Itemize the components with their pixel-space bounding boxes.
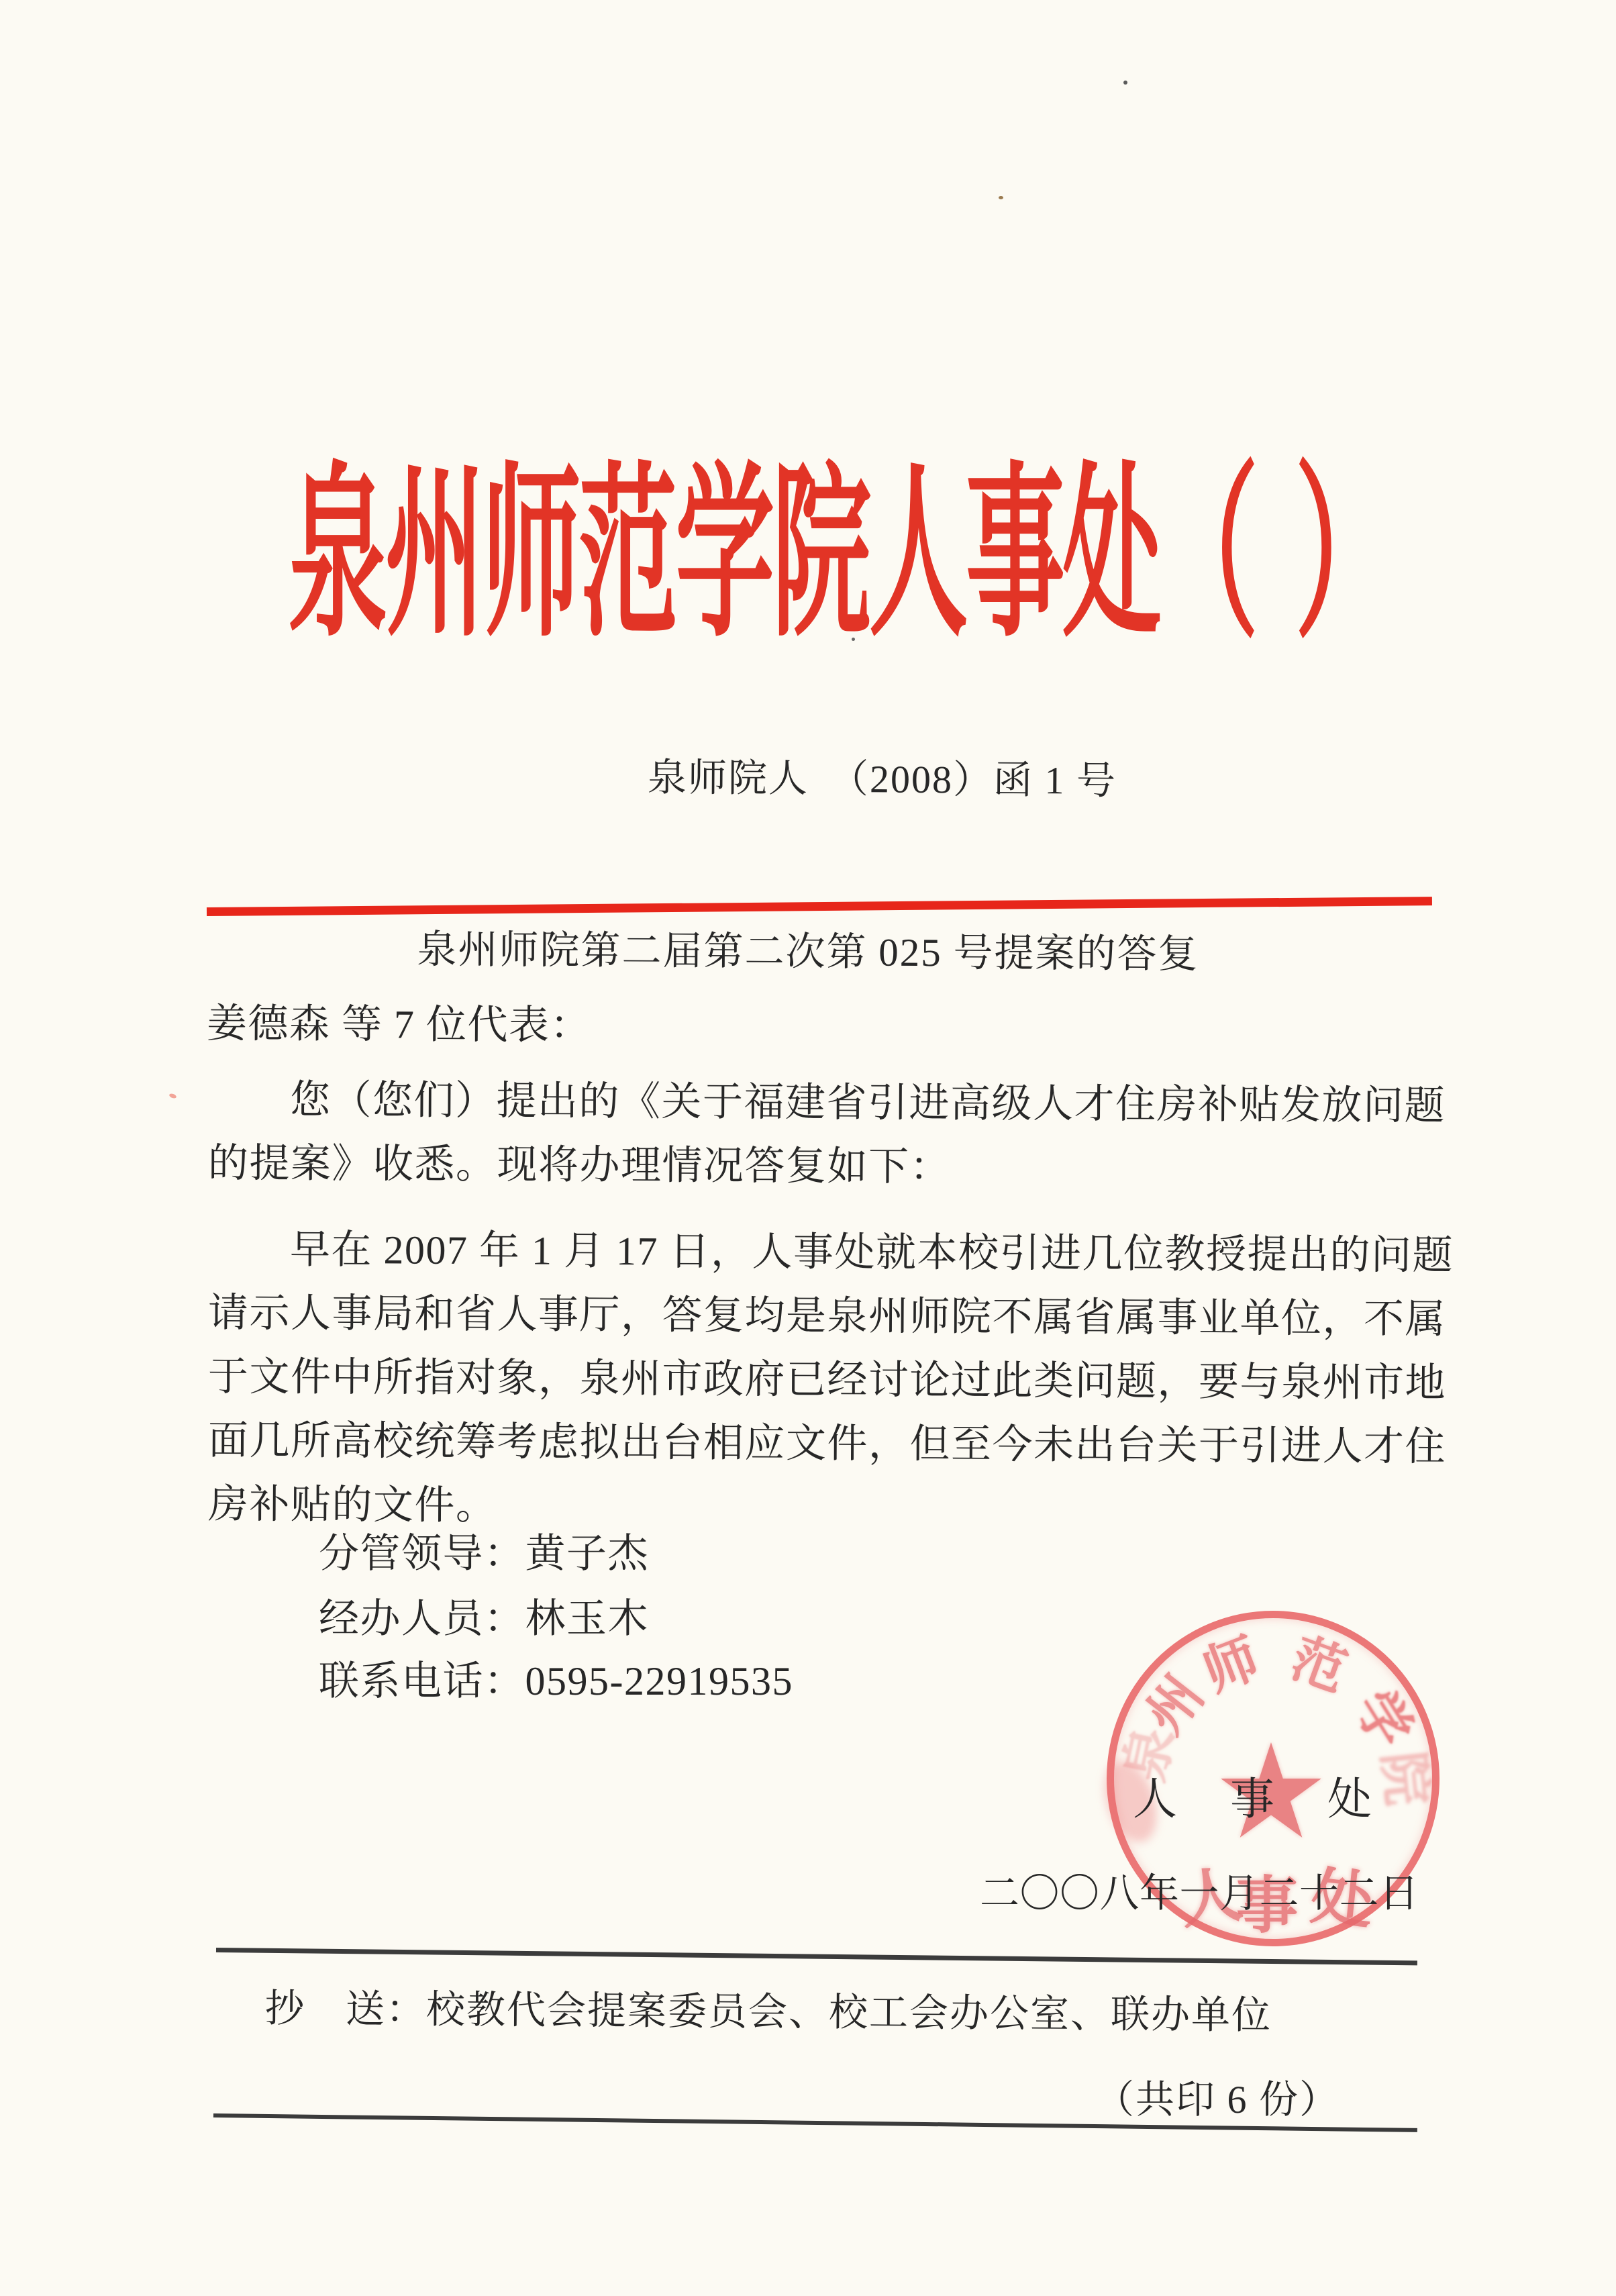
scanned-document-page: 泉州师范学院人事处（） 泉师院人 （2008）函 1 号 泉州师院第二届第二次第…	[0, 0, 1616, 2296]
banner-paren-open: （	[1159, 452, 1256, 659]
banner-paren-close: ）	[1295, 452, 1392, 659]
red-divider-rule	[207, 897, 1432, 916]
document-date: 二〇〇八年一月二十二日	[980, 1870, 1419, 1917]
cc-line: 抄 送：校教代会提案委员会、校工会办公室、联办单位	[265, 1985, 1272, 2039]
body-line: 请示人事局和省人事厅，答复均是泉州师院不属省属事业单位，不属	[208, 1289, 1450, 1343]
footer-top-rule	[216, 1948, 1417, 1965]
body-line: 您（您们）提出的《关于福建省引进高级人才住房补贴发放问题	[208, 1076, 1531, 1130]
body-line: 的提案》收悉。现将办理情况答复如下：	[208, 1140, 1450, 1193]
scan-speck	[1123, 81, 1127, 85]
phone-line: 联系电话：0595-22919535	[319, 1658, 793, 1705]
banner-title-text: 泉州师范学院人事处	[289, 452, 1159, 659]
scan-speck	[999, 196, 1003, 199]
reply-heading: 泉州师院第二届第二次第 025 号提案的答复	[0, 924, 1616, 981]
document-number: 泉师院人 （2008）函 1 号	[648, 756, 1117, 803]
body-line: 早在 2007 年 1 月 17 日，人事处就本校引进几位教授提出的问题	[208, 1226, 1531, 1279]
body-line: 于文件中所指对象，泉州市政府已经讨论过此类问题，要与泉州市地	[208, 1353, 1450, 1407]
supervisor-line: 分管领导：黄子杰	[319, 1530, 649, 1577]
body-line: 房补贴的文件。	[208, 1481, 1450, 1534]
scan-speck	[168, 1093, 176, 1099]
copies-count: （共印 6 份）	[1095, 2077, 1340, 2124]
banner-title: 泉州师范学院人事处（）	[289, 458, 1392, 653]
department-signature: 人事处	[1133, 1773, 1425, 1827]
body-line: 面几所高校统筹考虑拟出台相应文件，但至今未出台关于引进人才住	[208, 1417, 1450, 1470]
scan-speck	[852, 638, 855, 641]
handler-line: 经办人员：林玉木	[319, 1595, 649, 1642]
salutation: 姜德森 等 7 位代表：	[207, 1000, 591, 1049]
